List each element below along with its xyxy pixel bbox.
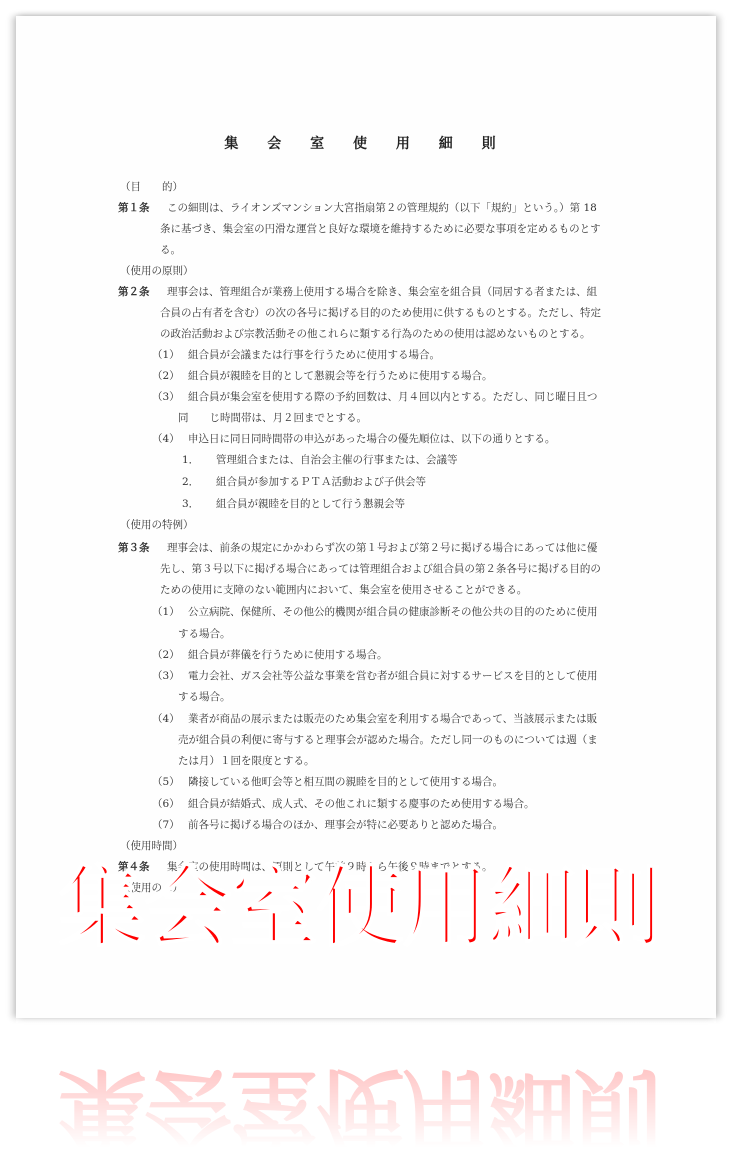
item-number: （7） [152, 818, 180, 832]
section-heading: （使用の特例） [120, 518, 194, 532]
subitem-text: 組合員が親睦を目的として行う懇親会等 [216, 497, 405, 511]
item-number: （4） [152, 712, 180, 726]
item-text: する場合。 [178, 690, 231, 704]
subitem-text: 組合員が参加するＰＴＡ活動および子供会等 [216, 475, 426, 489]
item-text: 前各号に掲げる場合のほか、理事会が特に必要ありと認めた場合。 [188, 818, 503, 832]
section-heading: （目 的） [120, 180, 183, 194]
item-number: （5） [152, 775, 180, 789]
article-label: 第１条 [118, 201, 150, 215]
article-text-line: 理事会は、管理組合が業務上使用する場合を除き、集会室を組合員（同居する者または、… [167, 285, 597, 299]
section-heading: （使用時間） [120, 839, 183, 853]
subitem-number: 3． [182, 497, 199, 511]
item-text: 組合員が親睦を目的として懇親会等を行うために使用する場合。 [188, 369, 493, 383]
overlay-title: 集会室使用細則 [58, 858, 698, 958]
item-text: 売が組合員の利便に寄与すると理事会が認めた場合。ただし同一のものについては週（ま [178, 733, 598, 747]
item-number: （1） [152, 348, 180, 362]
item-text: 申込日に同日同時間帯の申込があった場合の優先順位は、以下の通りとする。 [188, 432, 555, 446]
article-text-line: 先し、第３号以下に掲げる場合にあっては管理組合および組合員の第２条各号に掲げる目… [160, 562, 601, 576]
article-text-line: 合員の占有者を含む）の次の各号に掲げる目的のため使用に供するものとする。ただし、… [160, 306, 601, 320]
item-text: 同 じ時間帯は、月２回までとする。 [178, 411, 367, 425]
item-number: （3） [152, 390, 180, 404]
item-text: 組合員が会議または行事を行うために使用する場合。 [188, 348, 440, 362]
stage: 集 会 室 使 用 細 則 （目 的） 第１条 この細則は、ライオンズマンション… [0, 0, 732, 1169]
item-text: 電力会社、ガス会社等公益な事業を営む者が組合員に対するサービスを目的として使用 [188, 669, 598, 683]
item-number: （2） [152, 369, 180, 383]
item-number: （3） [152, 669, 180, 683]
article-label: 第２条 [118, 285, 150, 299]
article-label: 第３条 [118, 541, 150, 555]
item-text: 隣接している他町会等と相互間の親睦を目的として使用する場合。 [188, 775, 503, 789]
document-title: 集 会 室 使 用 細 則 [0, 133, 732, 153]
article-text-line: る。 [160, 243, 181, 257]
item-text: 業者が商品の展示または販売のため集会室を利用する場合であって、当該展示または販 [188, 712, 597, 726]
item-text: たは月）１回を限度とする。 [178, 754, 315, 768]
subitem-number: 1． [182, 453, 199, 467]
item-number: （4） [152, 432, 180, 446]
item-text: 組合員が葬儀を行うために使用する場合。 [188, 648, 388, 662]
subitem-text: 管理組合または、自治会主催の行事または、会議等 [216, 453, 458, 467]
article-text-line: ための使用に支障のない範囲内において、集会室を使用させることができる。 [160, 583, 527, 597]
subitem-number: 2． [182, 475, 199, 489]
item-number: （6） [152, 797, 180, 811]
overlay-title-reflection: 集会室使用細則 [58, 1058, 698, 1158]
article-text-line: の政治活動および宗教活動その他これらに類する行為のための使用は認めないものとする… [160, 327, 591, 341]
article-text-line: この細則は、ライオンズマンション大宮指扇第２の管理規約（以下「規約」という。）第… [167, 201, 597, 215]
article-text-line: 理事会は、前条の規定にかかわらず次の第１号および第２号に掲げる場合にあっては他に… [167, 541, 597, 555]
section-heading: （使用の原則） [120, 264, 194, 278]
item-text: 組合員が結婚式、成人式、その他これに類する慶事のため使用する場合。 [188, 797, 535, 811]
article-text-line: 条に基づき、集会室の円滑な運営と良好な環境を維持するために必要な事項を定めるもの… [160, 222, 601, 236]
item-number: （2） [152, 648, 180, 662]
item-text: する場合。 [178, 627, 231, 641]
item-text: 公立病院、保健所、その他公的機関が組合員の健康診断その他公共の目的のために使用 [188, 605, 598, 619]
item-number: （1） [152, 605, 180, 619]
item-text: 組合員が集会室を使用する際の予約回数は、月４回以内とする。ただし、同じ曜日且つ [188, 390, 598, 404]
